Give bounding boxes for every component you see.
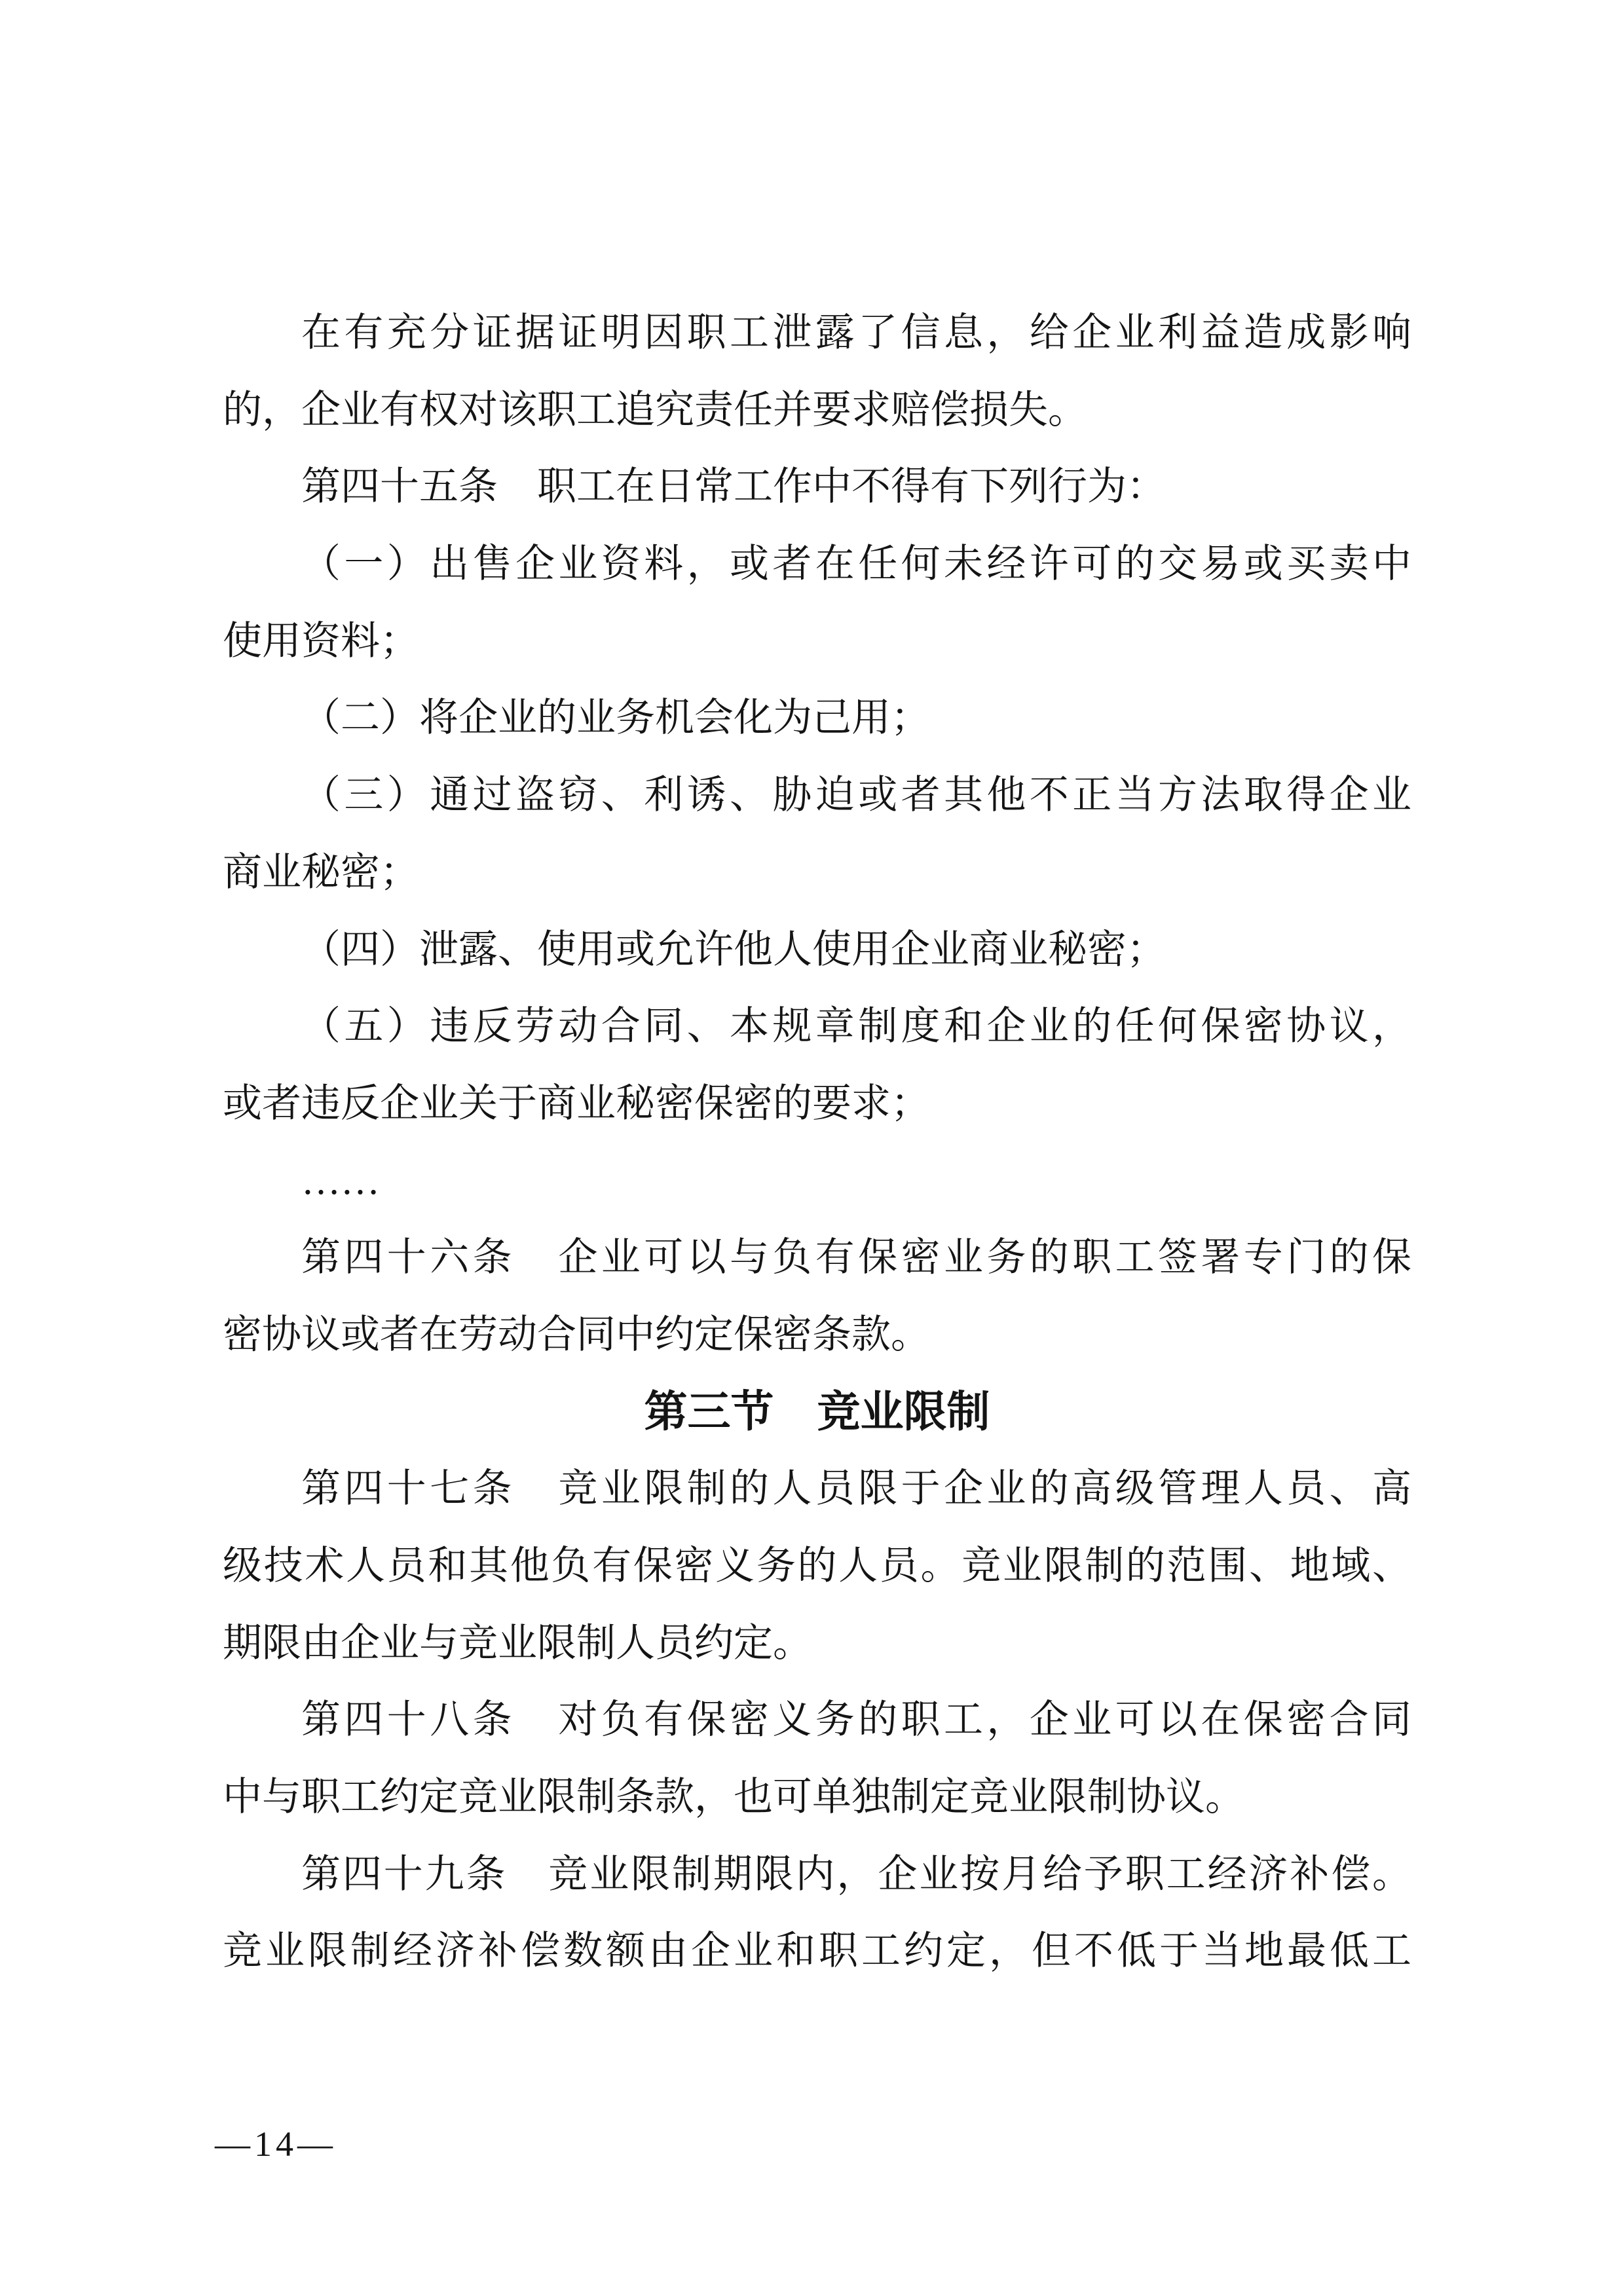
text-line: 级技术人员和其他负有保密义务的人员。竞业限制的范围、地域、 [223,1528,1411,1605]
text-line-article-49: 第四十九条 竞业限制期限内，企业按月给予职工经济补偿。 [223,1836,1411,1914]
text-line-article-47: 第四十七条 竞业限制的人员限于企业的高级管理人员、高 [223,1451,1411,1528]
text-line: 或者违反企业关于商业秘密保密的要求； [223,1065,1411,1143]
text-line-item-5: （五）违反劳动合同、本规章制度和企业的任何保密协议， [223,988,1411,1065]
text-line: 竞业限制经济补偿数额由企业和职工约定，但不低于当地最低工 [223,1913,1411,1990]
document-page: 在有充分证据证明因职工泄露了信息，给企业利益造成影响 的，企业有权对该职工追究责… [0,0,1623,2296]
text-line-item-1: （一）出售企业资料，或者在任何未经许可的交易或买卖中 [223,526,1411,603]
document-body: 在有充分证据证明因职工泄露了信息，给企业利益造成影响 的，企业有权对该职工追究责… [223,295,1411,1990]
text-line: 使用资料； [223,603,1411,680]
text-line: 商业秘密； [223,834,1411,912]
text-line-article-48: 第四十八条 对负有保密义务的职工，企业可以在保密合同 [223,1682,1411,1759]
text-line: 在有充分证据证明因职工泄露了信息，给企业利益造成影响 [223,295,1411,372]
text-line: 期限由企业与竞业限制人员约定。 [223,1605,1411,1682]
text-line-item-4: （四）泄露、使用或允许他人使用企业商业秘密； [223,912,1411,989]
text-line: 密协议或者在劳动合同中约定保密条款。 [223,1297,1411,1374]
text-line: 中与职工约定竞业限制条款，也可单独制定竞业限制协议。 [223,1759,1411,1836]
text-line-article-45: 第四十五条 职工在日常工作中不得有下列行为： [223,449,1411,526]
text-line-article-46: 第四十六条 企业可以与负有保密业务的职工签署专门的保 [223,1219,1411,1297]
text-line-item-3: （三）通过盗窃、利诱、胁迫或者其他不正当方法取得企业 [223,757,1411,834]
page-number: —14— [215,2124,337,2164]
section-heading: 第三节 竞业限制 [223,1374,1411,1451]
text-line-ellipsis: …… [223,1143,1411,1220]
text-line: 的，企业有权对该职工追究责任并要求赔偿损失。 [223,372,1411,449]
text-line-item-2: （二）将企业的业务机会化为己用； [223,680,1411,757]
